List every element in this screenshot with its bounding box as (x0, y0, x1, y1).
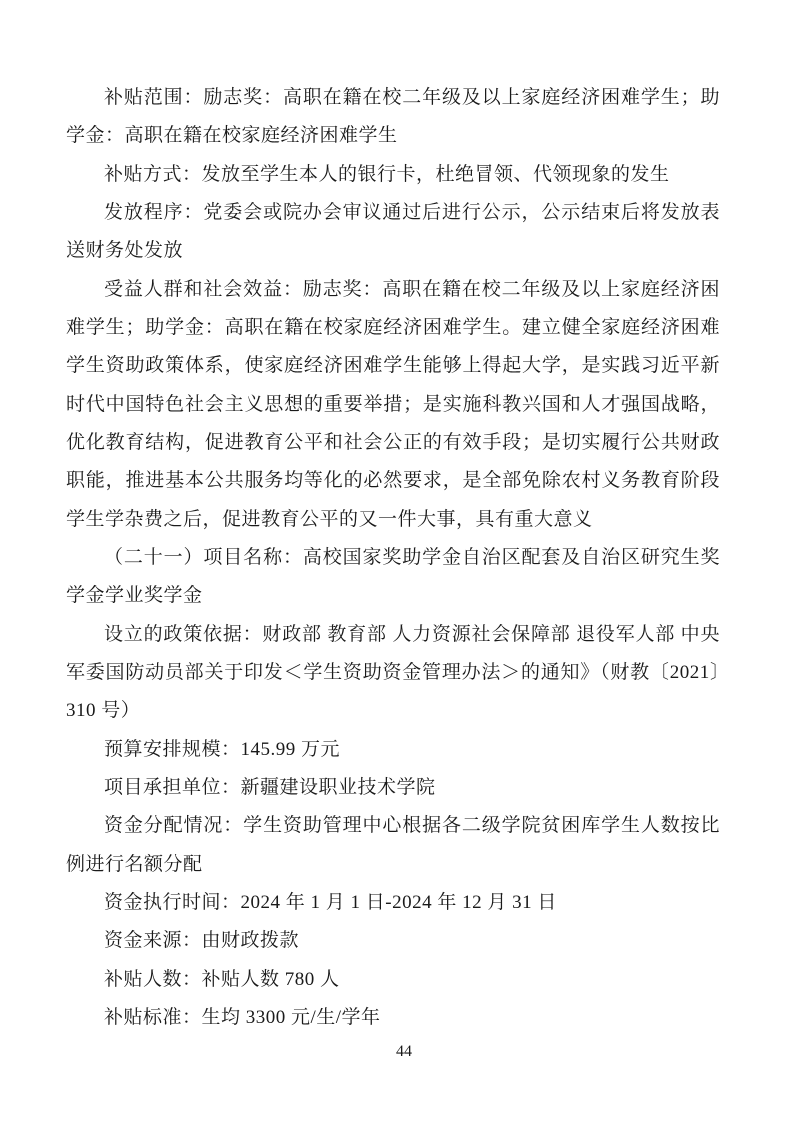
paragraph-subsidy-headcount: 补贴人数：补贴人数 780 人 (66, 961, 720, 999)
paragraph-project-21-name: （二十一）项目名称：高校国家奖助学金自治区配套及自治区研究生奖学金学业奖学金 (66, 539, 720, 616)
paragraph-fund-source: 资金来源：由财政拨款 (66, 922, 720, 960)
paragraph-fund-execution-period: 资金执行时间：2024 年 1 月 1 日-2024 年 12 月 31 日 (66, 884, 720, 922)
paragraph-budget-scale: 预算安排规模：145.99 万元 (66, 731, 720, 769)
document-body: 补贴范围：励志奖：高职在籍在校二年级及以上家庭经济困难学生；助学金：高职在籍在校… (66, 79, 720, 1037)
paragraph-distribution-procedure: 发放程序：党委会或院办会审议通过后进行公示，公示结束后将发放表送财务处发放 (66, 194, 720, 271)
paragraph-beneficiaries-social-benefit: 受益人群和社会效益：励志奖：高职在籍在校二年级及以上家庭经济困难学生；助学金：高… (66, 271, 720, 539)
paragraph-fund-allocation: 资金分配情况：学生资助管理中心根据各二级学院贫困库学生人数按比例进行名额分配 (66, 807, 720, 884)
paragraph-subsidy-scope: 补贴范围：励志奖：高职在籍在校二年级及以上家庭经济困难学生；助学金：高职在籍在校… (66, 79, 720, 156)
page-number: 44 (0, 1042, 808, 1062)
paragraph-undertaking-unit: 项目承担单位：新疆建设职业技术学院 (66, 769, 720, 807)
paragraph-subsidy-method: 补贴方式：发放至学生本人的银行卡，杜绝冒领、代领现象的发生 (66, 156, 720, 194)
document-page: 补贴范围：励志奖：高职在籍在校二年级及以上家庭经济困难学生；助学金：高职在籍在校… (0, 0, 808, 1143)
paragraph-subsidy-standard: 补贴标准：生均 3300 元/生/学年 (66, 999, 720, 1037)
paragraph-policy-basis: 设立的政策依据：财政部 教育部 人力资源社会保障部 退役军人部 中央军委国防动员… (66, 616, 720, 731)
